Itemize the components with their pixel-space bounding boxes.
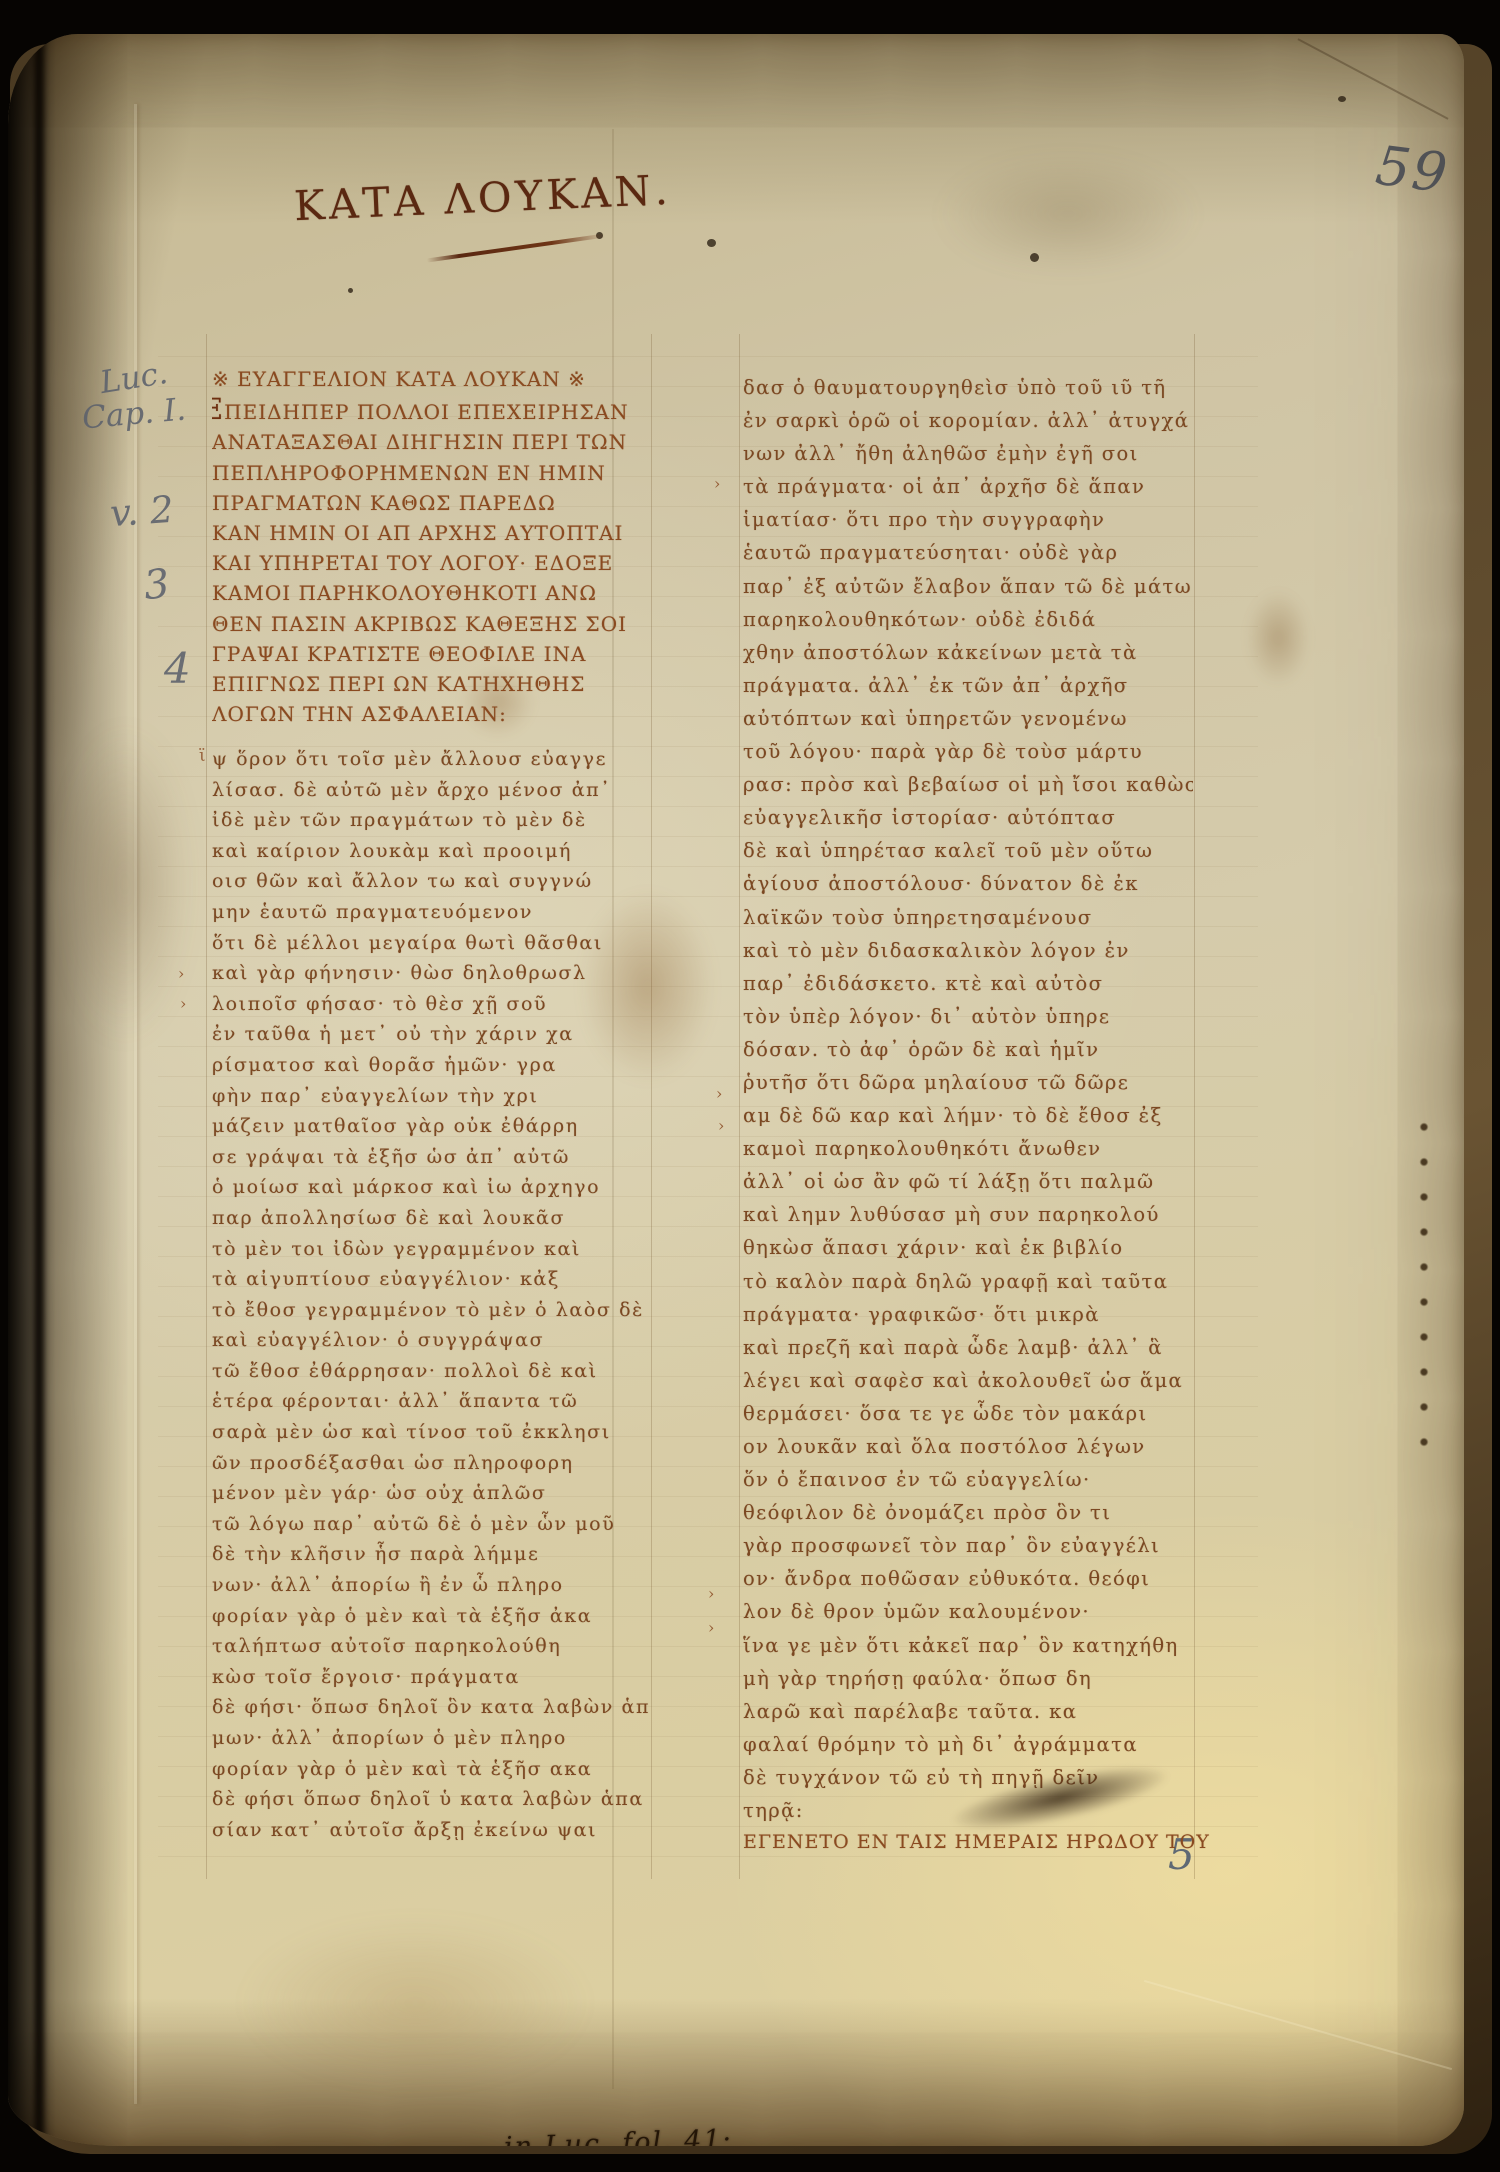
text-line: δὲ τὴν κλῆσιν ἧσ παρὰ λήμμε bbox=[212, 1539, 650, 1570]
text-line: παρ᾽ ἐδιδάσκετο. κτὲ καὶ αὐτὸσ bbox=[743, 967, 1193, 1000]
text-line: νων· ἀλλ᾽ ἀπορίω ἢ ἐν ὧ πληρο bbox=[212, 1570, 650, 1601]
text-line: δασ ὁ θαυματουργηθεὶσ ὑπὸ τοῦ ιῦ τῆ bbox=[743, 371, 1193, 404]
stitch-holes bbox=[1416, 1120, 1432, 1472]
parchment-crease bbox=[1297, 38, 1448, 120]
text-line: εὐαγγελικῆσ ἱστορίασ· αὐτόπτασ bbox=[743, 801, 1193, 834]
text-line: ΠΕΠΛΗΡΟΦΟΡΗΜΕΝΩΝ ΕΝ ΗΜΙΝ bbox=[212, 458, 650, 488]
text-line: ἑτέρα φέρονται· ἀλλ᾽ ἅπαντα τῶ bbox=[212, 1386, 650, 1417]
text-line: ὁ μοίωσ καὶ μάρκοσ καὶ ἰω ἀρχηγο bbox=[212, 1172, 650, 1203]
page-title: ΚΑΤΑ ΛΟΥΚΑΝ. bbox=[293, 166, 672, 230]
text-line: δὲ φήσι· ὅπωσ δηλοῖ ὃν κατα λαβὼν ἁπα bbox=[212, 1692, 650, 1723]
ink-speck bbox=[707, 239, 716, 247]
verse-marker-3: 3 bbox=[142, 561, 172, 609]
text-line: ον λουκᾶν καὶ ὅλα ποστόλοσ λέγων bbox=[743, 1430, 1193, 1463]
text-line: ΓΡΑΨΑΙ ΚΡΑΤΙΣΤΕ ΘΕΟΦΙΛΕ ΙΝΑ bbox=[212, 639, 650, 669]
ink-speck bbox=[1030, 253, 1039, 262]
binding-crease bbox=[34, 34, 44, 2146]
text-line: τοῦ λόγου· παρὰ γὰρ δὲ τοὺσ μάρτυ bbox=[743, 735, 1193, 768]
text-line: ἱματίασ· ὅτι προ τὴν συγγραφὴν bbox=[743, 503, 1193, 536]
ruling-vertical-line bbox=[206, 334, 207, 1879]
text-line: καὶ γὰρ φήνησιν· θὼσ δηλοθρωσλ bbox=[212, 958, 650, 989]
text-line: σίαν κατ᾽ αὐτοῖσ ἄρξῃ ἐκείνω ψαι bbox=[212, 1815, 650, 1846]
column-1-commentary-text: ψ ὅρον ὅτι τοῖσ μὲν ἄλλουσ εὐαγγελίσασ. … bbox=[212, 744, 650, 1856]
text-line: καὶ τὸ μὲν διδασκαλικὸν λόγον ἐν bbox=[743, 934, 1193, 967]
text-line: δὲ καὶ ὑπηρέτασ καλεῖ τοῦ μὲν οὕτω bbox=[743, 834, 1193, 867]
diple-quotation-mark: › bbox=[716, 1084, 722, 1103]
manuscript-page: ΚΑΤΑ ΛΟΥΚΑΝ. 59 Luc. Cap. I. v. 2 3 4 5 … bbox=[8, 34, 1464, 2146]
text-line: καὶ λημν λυθύσασ μὴ συν παρηκολού bbox=[743, 1198, 1193, 1231]
title-flourish bbox=[427, 233, 606, 262]
text-line: ΚΑΜΟΙ ΠΑΡΗΚΟΛΟΥΘΗΚΟΤΙ ΑΝΩ bbox=[212, 578, 650, 608]
text-line: σε γράψαι τὰ ἑξῆσ ὡσ ἀπ᾽ αὐτῶ bbox=[212, 1142, 650, 1173]
text-line: νων ἀλλ᾽ ἤθη ἀληθῶσ ἐμὴν ἐγῆ σοι bbox=[743, 437, 1193, 470]
text-line: καμοὶ παρηκολουθηκότι ἄνωθεν bbox=[743, 1132, 1193, 1165]
text-line: τὸ καλὸν παρὰ δηλῶ γραφῇ καὶ ταῦτα bbox=[743, 1265, 1193, 1298]
stain bbox=[240, 1918, 590, 2088]
text-line: ΘΕΝ ΠΑΣΙΝ ΑΚΡΙΒΩΣ ΚΑΘΕΞΗΣ ΣΟΙ bbox=[212, 609, 650, 639]
ruling-vertical-line bbox=[651, 334, 652, 1879]
text-line: θεόφιλον δὲ ὀνομάζει πρὸσ ὃν τι bbox=[743, 1496, 1193, 1529]
text-line: λον δὲ θρον ὑμῶν καλουμένον· bbox=[743, 1595, 1193, 1628]
stain bbox=[938, 154, 1198, 274]
text-line: λοιποῖσ φήσασ· τὸ θὲσ χῇ σοῦ bbox=[212, 989, 650, 1020]
text-line: μένον μὲν γάρ· ὡσ οὐχ ἁπλῶσ bbox=[212, 1478, 650, 1509]
binding-gutter bbox=[8, 34, 128, 2146]
text-line: ἐν σαρκὶ ὁρῶ οἱ κορομίαν. ἀλλ᾽ ἀτυγχά bbox=[743, 404, 1193, 437]
text-line: πράγματα· γραφικῶσ· ὅτι μικρὰ bbox=[743, 1298, 1193, 1331]
text-line: καὶ εὐαγγέλιον· ὁ συγγράψασ bbox=[212, 1325, 650, 1356]
text-line: καὶ πρεζῆ καὶ παρὰ ὧδε λαμβ· ἀλλ᾽ ἃ bbox=[743, 1331, 1193, 1364]
text-line: ἑαυτῶ πραγματεύσηται· οὐδὲ γὰρ bbox=[743, 536, 1193, 569]
text-line: ΛΟΓΩΝ ΤΗΝ ΑΣΦΑΛΕΙΑΝ: bbox=[212, 699, 650, 729]
text-line: τὸ μὲν τοι ἰδὼν γεγραμμένον καὶ bbox=[212, 1234, 650, 1265]
text-line: ὅτι δὲ μέλλοι μεγαίρα θωτὶ θᾶσθαι bbox=[212, 928, 650, 959]
text-line: ἰδὲ μὲν τῶν πραγμάτων τὸ μὲν δὲ bbox=[212, 805, 650, 836]
text-line: ΚΑΙ ΥΠΗΡΕΤΑΙ ΤΟΥ ΛΟΓΟΥ· ΕΔΟΞΕ bbox=[212, 548, 650, 578]
text-line: ῶν προσδέξασθαι ὡσ πληροφορη bbox=[212, 1448, 650, 1479]
text-line: τὰ αἰγυπτίουσ εὐαγγέλιον· κἀξ bbox=[212, 1264, 650, 1295]
text-line: ῥυτῆσ ὅτι δῶρα μηλαίουσ τῶ δῶρε bbox=[743, 1066, 1193, 1099]
text-line: ΠΡΑΓΜΑΤΩΝ ΚΑΘΩΣ ΠΑΡΕΔΩ bbox=[212, 488, 650, 518]
text-line: ΑΝΑΤΑΞΑΣΘΑΙ ΔΙΗΓΗΣΙΝ ΠΕΡΙ ΤΩΝ bbox=[212, 427, 650, 457]
ink-speck bbox=[1338, 96, 1346, 102]
text-line: τὸν ὑπὲρ λόγον· δι᾽ αὐτὸν ὑπηρε bbox=[743, 1000, 1193, 1033]
diple-quotation-mark: › bbox=[708, 1618, 714, 1637]
text-line: μάζειν ματθαῖοσ γὰρ οὐκ ἐθάρρη bbox=[212, 1111, 650, 1142]
text-line: φὴν παρ᾽ εὐαγγελίων τὴν χρι bbox=[212, 1081, 650, 1112]
text-line: παρ᾽ ἐξ αὐτῶν ἔλαβον ἅπαν τῶ δὲ μάτω bbox=[743, 570, 1193, 603]
text-line: γὰρ προσφωνεῖ τὸν παρ᾽ ὃν εὐαγγέλι bbox=[743, 1529, 1193, 1562]
text-line: ΕΠΕΙΔΗΠΕΡ ΠΟΛΛΟΙ ΕΠΕΧΕΙΡΗΣΑΝ bbox=[212, 394, 650, 427]
text-line: καὶ καίριον λουκὰμ καὶ προοιμή bbox=[212, 836, 650, 867]
text-line: θηκὼσ ἅπασι χάριν· καὶ ἐκ βιβλίο bbox=[743, 1231, 1193, 1264]
text-line: ἵνα γε μὲν ὅτι κἀκεῖ παρ᾽ ὃν κατηχήθη bbox=[743, 1629, 1193, 1662]
text-line: λέγει καὶ σαφὲσ καὶ ἀκολουθεῖ ὡσ ἅμα bbox=[743, 1364, 1193, 1397]
text-line: παρ ἀπολλησίωσ δὲ καὶ λουκᾶσ bbox=[212, 1203, 650, 1234]
text-line: ταλήπτωσ αὐτοῖσ παρηκολούθη bbox=[212, 1631, 650, 1662]
ruling-vertical-line bbox=[1194, 334, 1195, 1879]
paragraph-sign: ϊ bbox=[199, 746, 206, 766]
diple-quotation-mark: › bbox=[708, 1584, 714, 1603]
diple-quotation-mark: › bbox=[178, 964, 184, 983]
text-line: μὴ γὰρ τηρήσῃ φαύλα· ὅπωσ δη bbox=[743, 1662, 1193, 1695]
text-line: ὅν ὁ ἔπαινοσ ἐν τῶ εὐαγγελίω· bbox=[743, 1463, 1193, 1496]
parchment-crease bbox=[1144, 1980, 1452, 2070]
text-line: τῶ λόγω παρ᾽ αὐτῶ δὲ ὁ μὲν ὧν μοῦ bbox=[212, 1509, 650, 1540]
text-line: αμ δὲ δῶ καρ καὶ λήμν· τὸ δὲ ἔθοσ ἐξ bbox=[743, 1099, 1193, 1132]
verse-marker-2: v. 2 bbox=[109, 488, 175, 535]
text-line: λίσασ. δὲ αὐτῶ μὲν ἄρχο μένοσ ἀπ᾽ bbox=[212, 775, 650, 806]
text-line: μων· ἀλλ᾽ ἀπορίων ὁ μὲν πληρο bbox=[212, 1723, 650, 1754]
text-line: ΕΠΙΓΝΩΣ ΠΕΡΙ ΩΝ ΚΑΤΗΧΗΘΗΣ bbox=[212, 669, 650, 699]
text-line: ψ ὅρον ὅτι τοῖσ μὲν ἄλλουσ εὐαγγε bbox=[212, 744, 650, 775]
text-line: ἀλλ᾽ οἱ ὡσ ἂν φῶ τί λάξῃ ὅτι παλμῶ bbox=[743, 1165, 1193, 1198]
text-line: φαλαί θρόμην τὸ μὴ δι᾽ ἀγράμματα bbox=[743, 1728, 1193, 1761]
text-line: αὐτόπτων καὶ ὑπηρετῶν γενομένω bbox=[743, 702, 1193, 735]
text-line: σαρὰ μὲν ὡσ καὶ τίνοσ τοῦ ἐκκλησι bbox=[212, 1417, 650, 1448]
column-2-gospel-line: ΕΓΕΝΕΤΟ ΕΝ ΤΑΙΣ ΗΜΕΡΑΙΣ ΗΡΩΔΟΥ ΤΟΥ bbox=[743, 1831, 1193, 1853]
text-line: ΚΑΝ ΗΜΙΝ ΟΙ ΑΠ ΑΡΧΗΣ ΑΥΤΟΠΤΑΙ bbox=[212, 518, 650, 548]
text-line: ρίσματοσ καὶ θορᾶσ ἡμῶν· γρα bbox=[212, 1050, 650, 1081]
text-line: δόσαν. τὸ ἀφ᾽ ὁρῶν δὲ καὶ ἡμῖν bbox=[743, 1033, 1193, 1066]
ink-speck bbox=[348, 288, 353, 293]
folio-number: 59 bbox=[1372, 134, 1452, 205]
manuscript-photo: ΚΑΤΑ ΛΟΥΚΑΝ. 59 Luc. Cap. I. v. 2 3 4 5 … bbox=[0, 0, 1500, 2172]
text-line: ἐν ταῦθα ἡ μετ᾽ οὐ τὴν χάριν χα bbox=[212, 1019, 650, 1050]
text-line: θερμάσει· ὅσα τε γε ὧδε τὸν μακάρι bbox=[743, 1397, 1193, 1430]
diple-quotation-mark: › bbox=[718, 1116, 724, 1135]
text-line: φορίαν γὰρ ὁ μὲν καὶ τὰ ἑξῆσ ακα bbox=[212, 1754, 650, 1785]
diple-quotation-mark: › bbox=[180, 994, 186, 1013]
text-line: λαϊκῶν τοὺσ ὑπηρετησαμένουσ bbox=[743, 901, 1193, 934]
text-line: λαρῶ καὶ παρέλαβε ταῦτα. κα bbox=[743, 1695, 1193, 1728]
verse-marker-4: 4 bbox=[164, 644, 191, 693]
ruling-vertical-line bbox=[739, 334, 740, 1879]
text-line: δὲ φήσι ὅπωσ δηλοῖ ὑ κατα λαβὼν ἁπα bbox=[212, 1784, 650, 1815]
text-line: κὼσ τοῖσ ἔργοισ· πράγματα bbox=[212, 1662, 650, 1693]
text-line: μην ἑαυτῶ πραγματευόμενον bbox=[212, 897, 650, 928]
text-line: οισ θῶν καὶ ἄλλον τω καὶ συγγνώ bbox=[212, 866, 650, 897]
text-line: τὰ πράγματα· οἱ ἀπ᾽ ἀρχῆσ δὲ ἅπαν bbox=[743, 470, 1193, 503]
column-1-gospel-text: ※ ΕΥΑΓΓΕΛΙΟΝ ΚΑΤΑ ΛΟΥΚΑΝ ※ΕΠΕΙΔΗΠΕΡ ΠΟΛΛ… bbox=[212, 364, 650, 730]
text-line: παρηκολουθηκότων· οὐδὲ ἐδιδά bbox=[743, 603, 1193, 636]
text-line: φορίαν γὰρ ὁ μὲν καὶ τὰ ἑξῆσ ἀκα bbox=[212, 1601, 650, 1632]
text-line: ον· ἄνδρα ποθῶσαν εὐθυκότα. θεόφι bbox=[743, 1562, 1193, 1595]
text-line: πράγματα. ἀλλ᾽ ἐκ τῶν ἀπ᾽ ἀρχῆσ bbox=[743, 669, 1193, 702]
diple-quotation-mark: › bbox=[714, 474, 720, 493]
text-line: τῶ ἔθοσ ἐθάρρησαν· πολλοὶ δὲ καὶ bbox=[212, 1356, 650, 1387]
text-line: ※ ΕΥΑΓΓΕΛΙΟΝ ΚΑΤΑ ΛΟΥΚΑΝ ※ bbox=[212, 364, 650, 394]
text-line: τὸ ἔθοσ γεγραμμένον τὸ μὲν ὁ λαὸσ δὲ bbox=[212, 1295, 650, 1326]
column-2-commentary-text: δασ ὁ θαυματουργηθεὶσ ὑπὸ τοῦ ιῦ τῆἐν σα… bbox=[743, 371, 1193, 1833]
text-line: ἁγίουσ ἀποστόλουσ· δύνατον δὲ ἐκ bbox=[743, 867, 1193, 900]
text-line: χθην ἀποστόλων κἀκείνων μετὰ τὰ bbox=[743, 636, 1193, 669]
text-line: ρασ: πρὸσ καὶ βεβαίωσ οἱ μὴ ἴσοι καθὼσ bbox=[743, 768, 1193, 801]
bottom-annotation: in Luc. fol. 41· bbox=[504, 2124, 734, 2146]
